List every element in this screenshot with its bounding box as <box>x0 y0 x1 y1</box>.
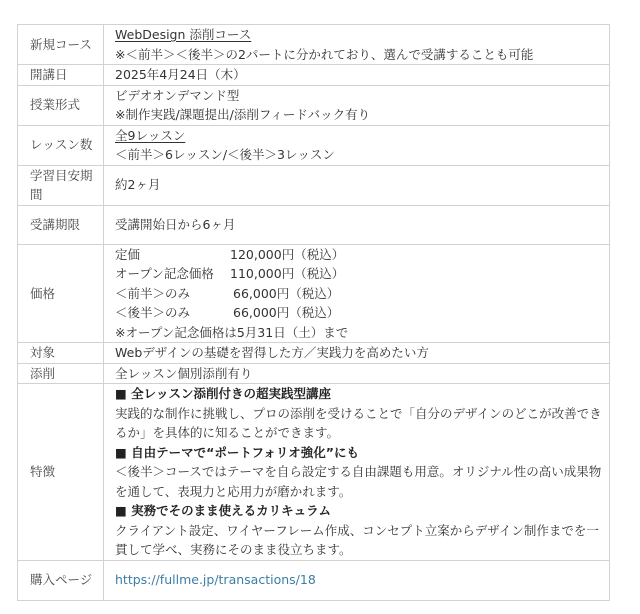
label-price: 価格 <box>18 244 104 343</box>
price-line-regular: 定価 120,000円（税込） <box>115 245 603 265</box>
feature-body: 実践的な制作に挑戦し、プロの添削を受けることで「自分のデザインのどこが改善できる… <box>115 404 603 443</box>
lessons-total: 全9レッスン <box>115 126 603 146</box>
lessons-breakdown: ＜前半＞6レッスン/＜後半＞3レッスン <box>115 145 603 165</box>
value-format: ビデオオンデマンド型 ※制作実践/課題提出/添削フィードバック有り <box>104 85 610 125</box>
label-lessons: レッスン数 <box>18 125 104 165</box>
course-info-table: 新規コース WebDesign 添削コース ※＜前半＞＜後半＞の2パートに分かれ… <box>17 24 610 601</box>
feature-heading: ■ 全レッスン添削付きの超実践型講座 <box>115 384 603 404</box>
course-title: WebDesign 添削コース <box>115 25 603 45</box>
row-start-date: 開講日 2025年4月24日（木） <box>18 65 610 86</box>
value-course: WebDesign 添削コース ※＜前半＞＜後半＞の2パートに分かれており、選ん… <box>104 25 610 65</box>
label-review: 添削 <box>18 363 104 384</box>
value-target: Webデザインの基礎を習得した方／実践力を高めたい方 <box>104 343 610 364</box>
row-format: 授業形式 ビデオオンデマンド型 ※制作実践/課題提出/添削フィードバック有り <box>18 85 610 125</box>
label-purchase: 購入ページ <box>18 560 104 600</box>
label-study-period: 学習目安期間 <box>18 165 104 205</box>
value-price: 定価 120,000円（税込） オープン記念価格 110,000円（税込） ＜前… <box>104 244 610 343</box>
course-info-container: 新規コース WebDesign 添削コース ※＜前半＞＜後半＞の2パートに分かれ… <box>17 24 610 601</box>
price-name: ＜前半＞のみ <box>115 284 230 304</box>
feature-body: クライアント設定、ワイヤーフレーム作成、コンセプト立案からデザイン制作までを一貫… <box>115 521 603 560</box>
value-access-period: 受講開始日から6ヶ月 <box>104 205 610 244</box>
label-course: 新規コース <box>18 25 104 65</box>
value-start-date: 2025年4月24日（木） <box>104 65 610 86</box>
row-review: 添削 全レッスン個別添削有り <box>18 363 610 384</box>
row-price: 価格 定価 120,000円（税込） オープン記念価格 110,000円（税込）… <box>18 244 610 343</box>
price-amount: 66,000円（税込） <box>230 284 339 304</box>
value-lessons: 全9レッスン ＜前半＞6レッスン/＜後半＞3レッスン <box>104 125 610 165</box>
label-features: 特徴 <box>18 384 104 561</box>
price-line-open: オープン記念価格 110,000円（税込） <box>115 264 603 284</box>
label-format: 授業形式 <box>18 85 104 125</box>
purchase-link[interactable]: https://fullme.jp/transactions/18 <box>115 572 316 587</box>
label-target: 対象 <box>18 343 104 364</box>
course-note: ※＜前半＞＜後半＞の2パートに分かれており、選んで受講することも可能 <box>115 45 603 65</box>
row-study-period: 学習目安期間 約2ヶ月 <box>18 165 610 205</box>
value-purchase: https://fullme.jp/transactions/18 <box>104 560 610 600</box>
label-start-date: 開講日 <box>18 65 104 86</box>
price-amount: 110,000円（税込） <box>230 264 344 284</box>
row-target: 対象 Webデザインの基礎を習得した方／実践力を高めたい方 <box>18 343 610 364</box>
value-study-period: 約2ヶ月 <box>104 165 610 205</box>
price-amount: 66,000円（税込） <box>230 303 339 323</box>
price-name: オープン記念価格 <box>115 264 230 284</box>
feature-heading: ■ 自由テーマで“ポートフォリオ強化”にも <box>115 443 603 463</box>
price-name: ＜後半＞のみ <box>115 303 230 323</box>
row-lessons: レッスン数 全9レッスン ＜前半＞6レッスン/＜後半＞3レッスン <box>18 125 610 165</box>
format-line1: ビデオオンデマンド型 <box>115 86 603 106</box>
price-line-first-half: ＜前半＞のみ 66,000円（税込） <box>115 284 603 304</box>
format-line2: ※制作実践/課題提出/添削フィードバック有り <box>115 105 603 125</box>
value-review: 全レッスン個別添削有り <box>104 363 610 384</box>
row-access-period: 受講期限 受講開始日から6ヶ月 <box>18 205 610 244</box>
price-name: 定価 <box>115 245 230 265</box>
row-features: 特徴 ■ 全レッスン添削付きの超実践型講座 実践的な制作に挑戦し、プロの添削を受… <box>18 384 610 561</box>
value-features: ■ 全レッスン添削付きの超実践型講座 実践的な制作に挑戦し、プロの添削を受けるこ… <box>104 384 610 561</box>
feature-body: ＜後半＞コースではテーマを自ら設定する自由課題も用意。オリジナル性の高い成果物を… <box>115 462 603 501</box>
feature-heading: ■ 実務でそのまま使えるカリキュラム <box>115 501 603 521</box>
row-purchase: 購入ページ https://fullme.jp/transactions/18 <box>18 560 610 600</box>
price-note: ※オープン記念価格は5月31日（土）まで <box>115 323 603 343</box>
row-course: 新規コース WebDesign 添削コース ※＜前半＞＜後半＞の2パートに分かれ… <box>18 25 610 65</box>
price-line-second-half: ＜後半＞のみ 66,000円（税込） <box>115 303 603 323</box>
lessons-total-text: 全9レッスン <box>115 128 185 143</box>
price-amount: 120,000円（税込） <box>230 245 344 265</box>
label-access-period: 受講期限 <box>18 205 104 244</box>
